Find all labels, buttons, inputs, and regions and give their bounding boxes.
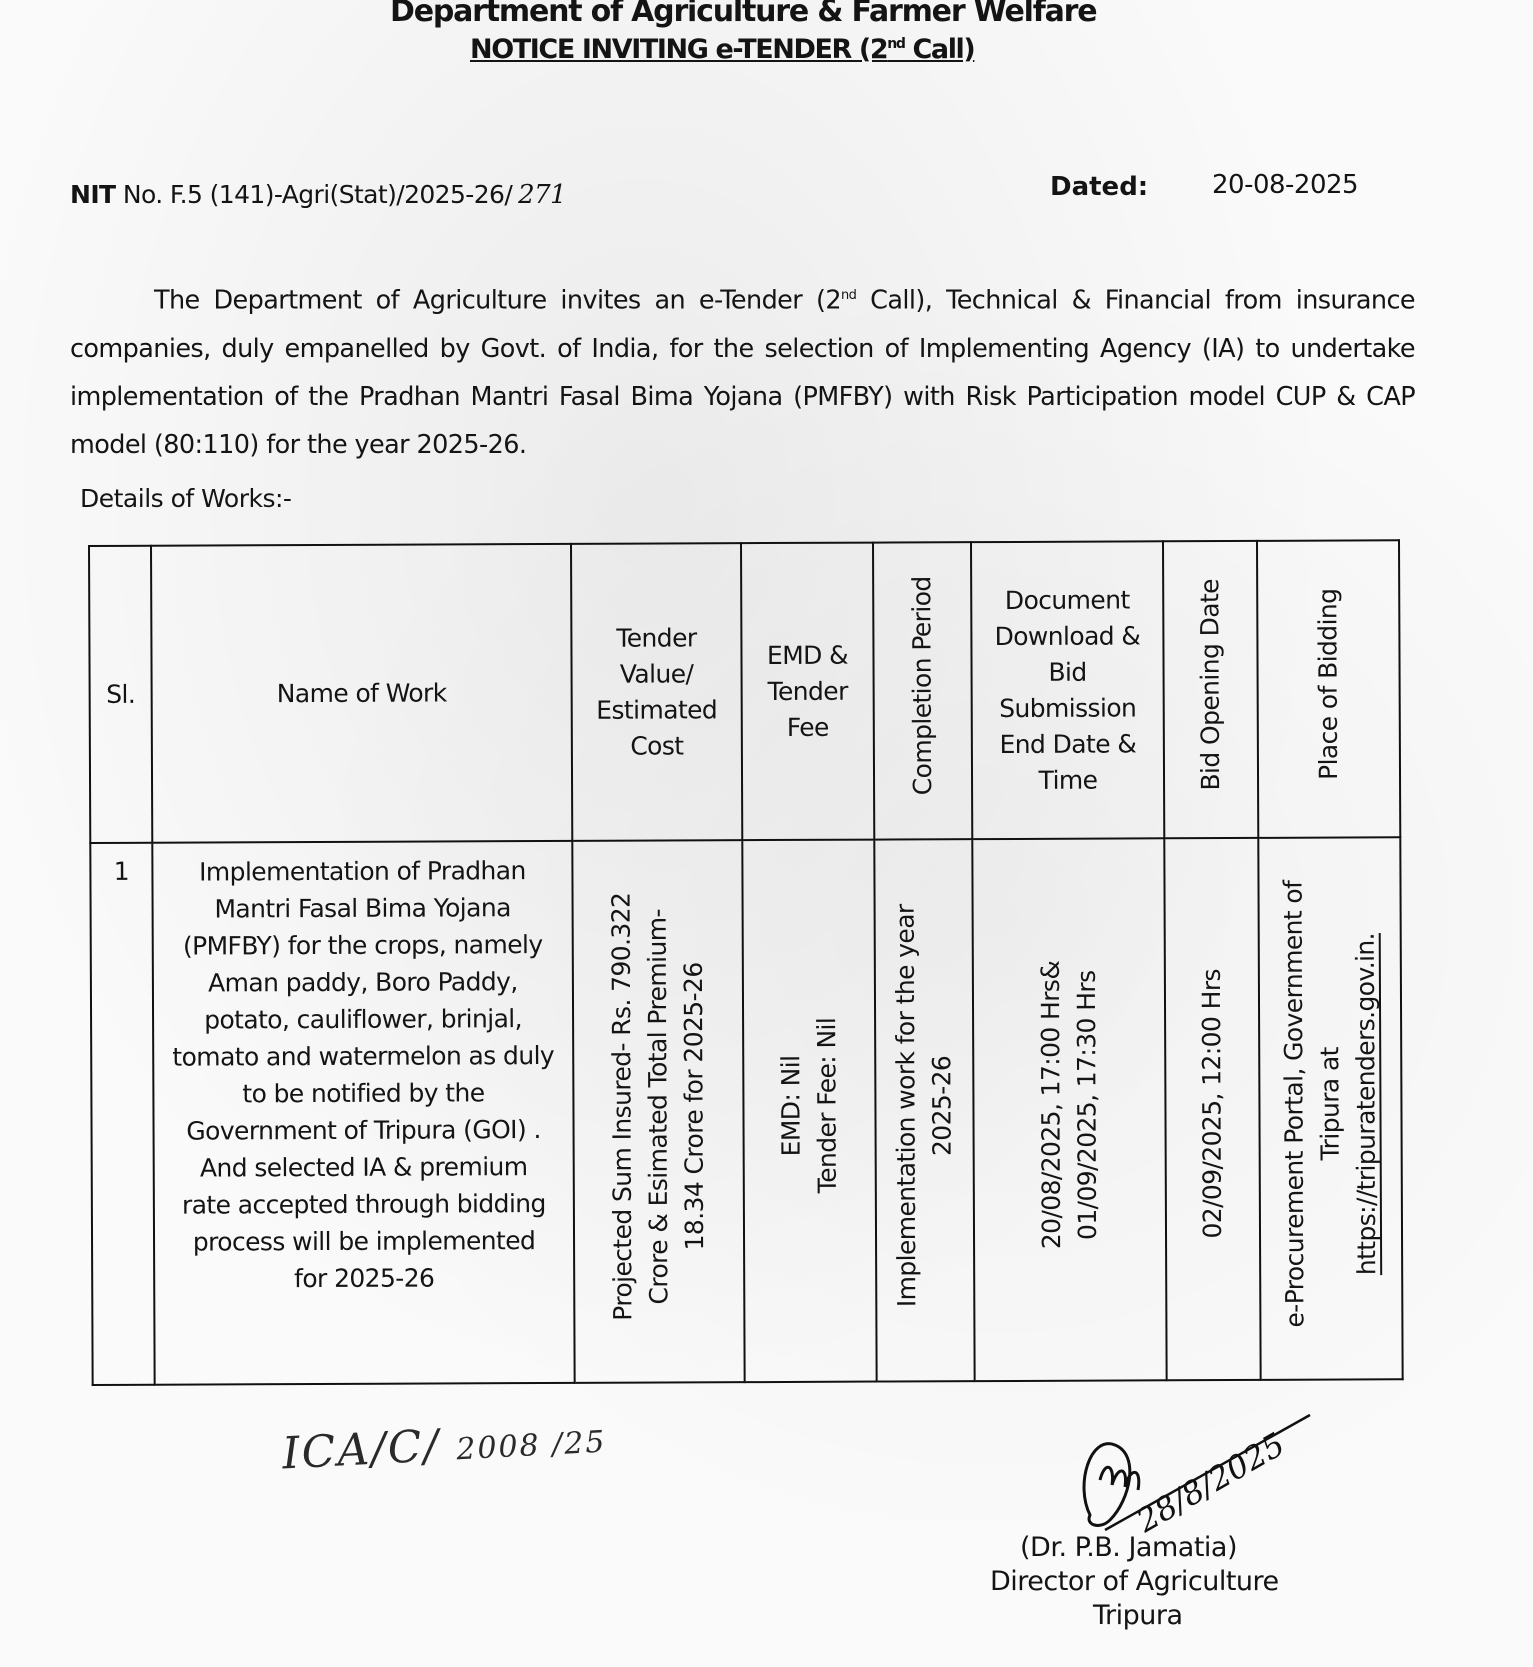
nit-reference: NIT No. F.5 (141)-Agri(Stat)/2025-26/271 (70, 180, 566, 210)
table-header-row: Sl. Name of Work Tender Value/ Estimated… (89, 540, 1400, 843)
cell-completion-period: Implementation work for the year2025-26 (874, 839, 974, 1381)
header-submission-date: Document Download & Bid Submission End D… (971, 541, 1164, 839)
cell-sl: 1 (90, 843, 154, 1385)
header-place-of-bidding: Place of Bidding (1257, 540, 1400, 838)
dated-label: Dated: (1050, 172, 1148, 202)
cell-emd-fee: EMD: NilTender Fee: Nil (742, 840, 876, 1383)
header-emd-fee: EMD & Tender Fee (741, 543, 874, 841)
dated-value: 20-08-2025 (1212, 170, 1358, 200)
department-heading: Department of Agriculture & Farmer Welfa… (390, 0, 1090, 29)
cell-bid-opening-date: 02/09/2025, 12:00 Hrs (1164, 838, 1260, 1380)
table-row: 1 Implementation of Pradhan Mantri Fasal… (90, 837, 1402, 1385)
header-name-of-work: Name of Work (151, 544, 572, 843)
intro-paragraph: The Department of Agriculture invites an… (70, 272, 1415, 469)
header-bid-opening-date: Bid Opening Date (1163, 541, 1258, 838)
nit-label: NIT (70, 180, 115, 209)
header-completion-period: Completion Period (873, 542, 972, 839)
handwritten-memo: ICA/C/ 2008 /25 (281, 1412, 608, 1480)
signatory-designation: Director of Agriculture (990, 1566, 1279, 1597)
cell-place-of-bidding: e-Procurement Portal, Government ofTripu… (1258, 837, 1402, 1380)
notice-title: NOTICE INVITING e-TENDER (2nd Call) (470, 34, 974, 65)
cell-submission-date: 20/08/2025, 17:00 Hrs&01/09/2025, 17:30 … (972, 838, 1166, 1381)
emd-value: EMD: Nil (776, 1055, 805, 1156)
signatory-place: Tripura (1093, 1600, 1183, 1631)
tender-fee-value: Tender Fee: Nil (812, 1018, 842, 1194)
svg-text:28/8/2025: 28/8/2025 (1129, 1425, 1291, 1540)
tender-portal-link[interactable]: https://tripuratenders.gov.in. (1351, 932, 1381, 1274)
cell-tender-value: Projected Sum Insured- Rs. 790.322Crore … (572, 840, 744, 1383)
header-tender-value: Tender Value/ Estimated Cost (571, 543, 742, 841)
details-heading: Details of Works:- (80, 484, 291, 513)
works-table: Sl. Name of Work Tender Value/ Estimated… (88, 539, 1404, 1386)
signature-icon: 28/8/2025 (1070, 1405, 1320, 1545)
nit-number: No. F.5 (141)-Agri(Stat)/2025-26/ (123, 180, 512, 209)
header-sl: Sl. (89, 546, 152, 843)
cell-name-of-work: Implementation of Pradhan Mantri Fasal B… (152, 841, 574, 1385)
nit-handwritten-number: 271 (518, 180, 566, 210)
signatory-name: (Dr. P.B. Jamatia) (1020, 1532, 1237, 1563)
